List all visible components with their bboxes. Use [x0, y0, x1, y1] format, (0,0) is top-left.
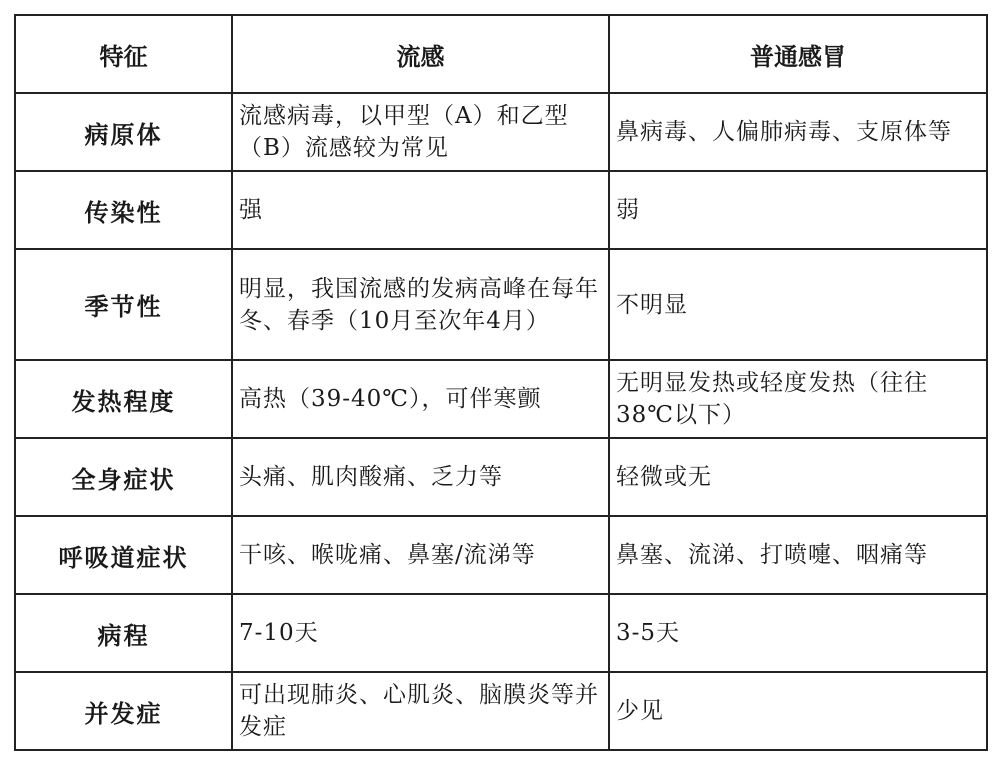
flu-cell: 强 — [232, 171, 609, 249]
feature-cell: 病原体 — [15, 93, 232, 171]
cold-cell: 鼻塞、流涕、打喷嚏、咽痛等 — [609, 516, 987, 594]
flu-cell: 高热（39-40℃），可伴寒颤 — [232, 360, 609, 438]
header-flu: 流感 — [232, 15, 609, 93]
table-row: 发热程度 高热（39-40℃），可伴寒颤 无明显发热或轻度发热（往往38℃以下） — [15, 360, 987, 438]
table-row: 传染性 强 弱 — [15, 171, 987, 249]
cold-cell: 3-5天 — [609, 594, 987, 672]
header-row: 特征 流感 普通感冒 — [15, 15, 987, 93]
cold-cell: 不明显 — [609, 249, 987, 360]
feature-cell: 呼吸道症状 — [15, 516, 232, 594]
cold-cell: 弱 — [609, 171, 987, 249]
feature-cell: 病程 — [15, 594, 232, 672]
table-row: 病程 7-10天 3-5天 — [15, 594, 987, 672]
feature-cell: 并发症 — [15, 672, 232, 750]
flu-cell: 头痛、肌肉酸痛、乏力等 — [232, 438, 609, 516]
flu-cell: 可出现肺炎、心肌炎、脑膜炎等并发症 — [232, 672, 609, 750]
feature-cell: 传染性 — [15, 171, 232, 249]
flu-cell: 7-10天 — [232, 594, 609, 672]
flu-cell: 流感病毒，以甲型（A）和乙型（B）流感较为常见 — [232, 93, 609, 171]
table-row: 并发症 可出现肺炎、心肌炎、脑膜炎等并发症 少见 — [15, 672, 987, 750]
table-row: 全身症状 头痛、肌肉酸痛、乏力等 轻微或无 — [15, 438, 987, 516]
table-row: 呼吸道症状 干咳、喉咙痛、鼻塞/流涕等 鼻塞、流涕、打喷嚏、咽痛等 — [15, 516, 987, 594]
cold-cell: 少见 — [609, 672, 987, 750]
feature-cell: 发热程度 — [15, 360, 232, 438]
flu-cell: 干咳、喉咙痛、鼻塞/流涕等 — [232, 516, 609, 594]
cold-cell: 轻微或无 — [609, 438, 987, 516]
feature-cell: 全身症状 — [15, 438, 232, 516]
cold-cell: 无明显发热或轻度发热（往往38℃以下） — [609, 360, 987, 438]
table-row: 病原体 流感病毒，以甲型（A）和乙型（B）流感较为常见 鼻病毒、人偏肺病毒、支原… — [15, 93, 987, 171]
header-common-cold: 普通感冒 — [609, 15, 987, 93]
flu-vs-cold-comparison-table: 特征 流感 普通感冒 病原体 流感病毒，以甲型（A）和乙型（B）流感较为常见 鼻… — [14, 14, 988, 751]
header-feature: 特征 — [15, 15, 232, 93]
cold-cell: 鼻病毒、人偏肺病毒、支原体等 — [609, 93, 987, 171]
flu-cell: 明显，我国流感的发病高峰在每年冬、春季（10月至次年4月） — [232, 249, 609, 360]
feature-cell: 季节性 — [15, 249, 232, 360]
table-row: 季节性 明显，我国流感的发病高峰在每年冬、春季（10月至次年4月） 不明显 — [15, 249, 987, 360]
